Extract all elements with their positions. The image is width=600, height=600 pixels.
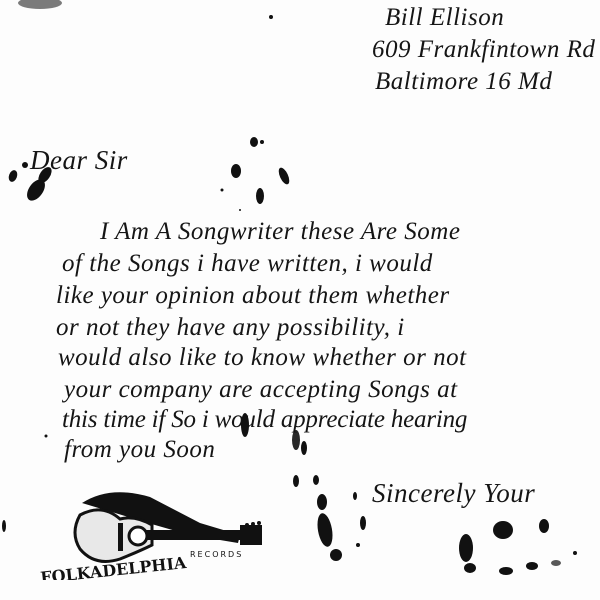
letter-page: Bill Ellison 609 Frankfintown Rd Baltimo… [0,0,600,600]
body-line: your company are accepting Songs at [64,376,458,404]
body-line: of the Songs i have written, i would [62,250,433,278]
sender-name: Bill Ellison [385,4,504,32]
body-line: from you Soon [64,436,215,464]
closing-signature: Sincerely Your [372,478,535,509]
body-line: or not they have any possibility, i [56,314,405,342]
body-line: this time if So i would appreciate heari… [62,406,467,434]
body-line: like your opinion about them whether [56,282,450,310]
sender-street: 609 Frankfintown Rd [372,36,595,64]
salutation: Dear Sir [30,145,128,176]
body-line: I Am A Songwriter these Are Some [100,218,460,246]
svg-text:RECORDS: RECORDS [190,550,243,559]
sender-city: Baltimore 16 Md [375,68,552,96]
folkadelphia-logo: RECORDS FOLKADELPHIA [40,485,270,580]
body-line: would also like to know whether or not [58,344,467,372]
